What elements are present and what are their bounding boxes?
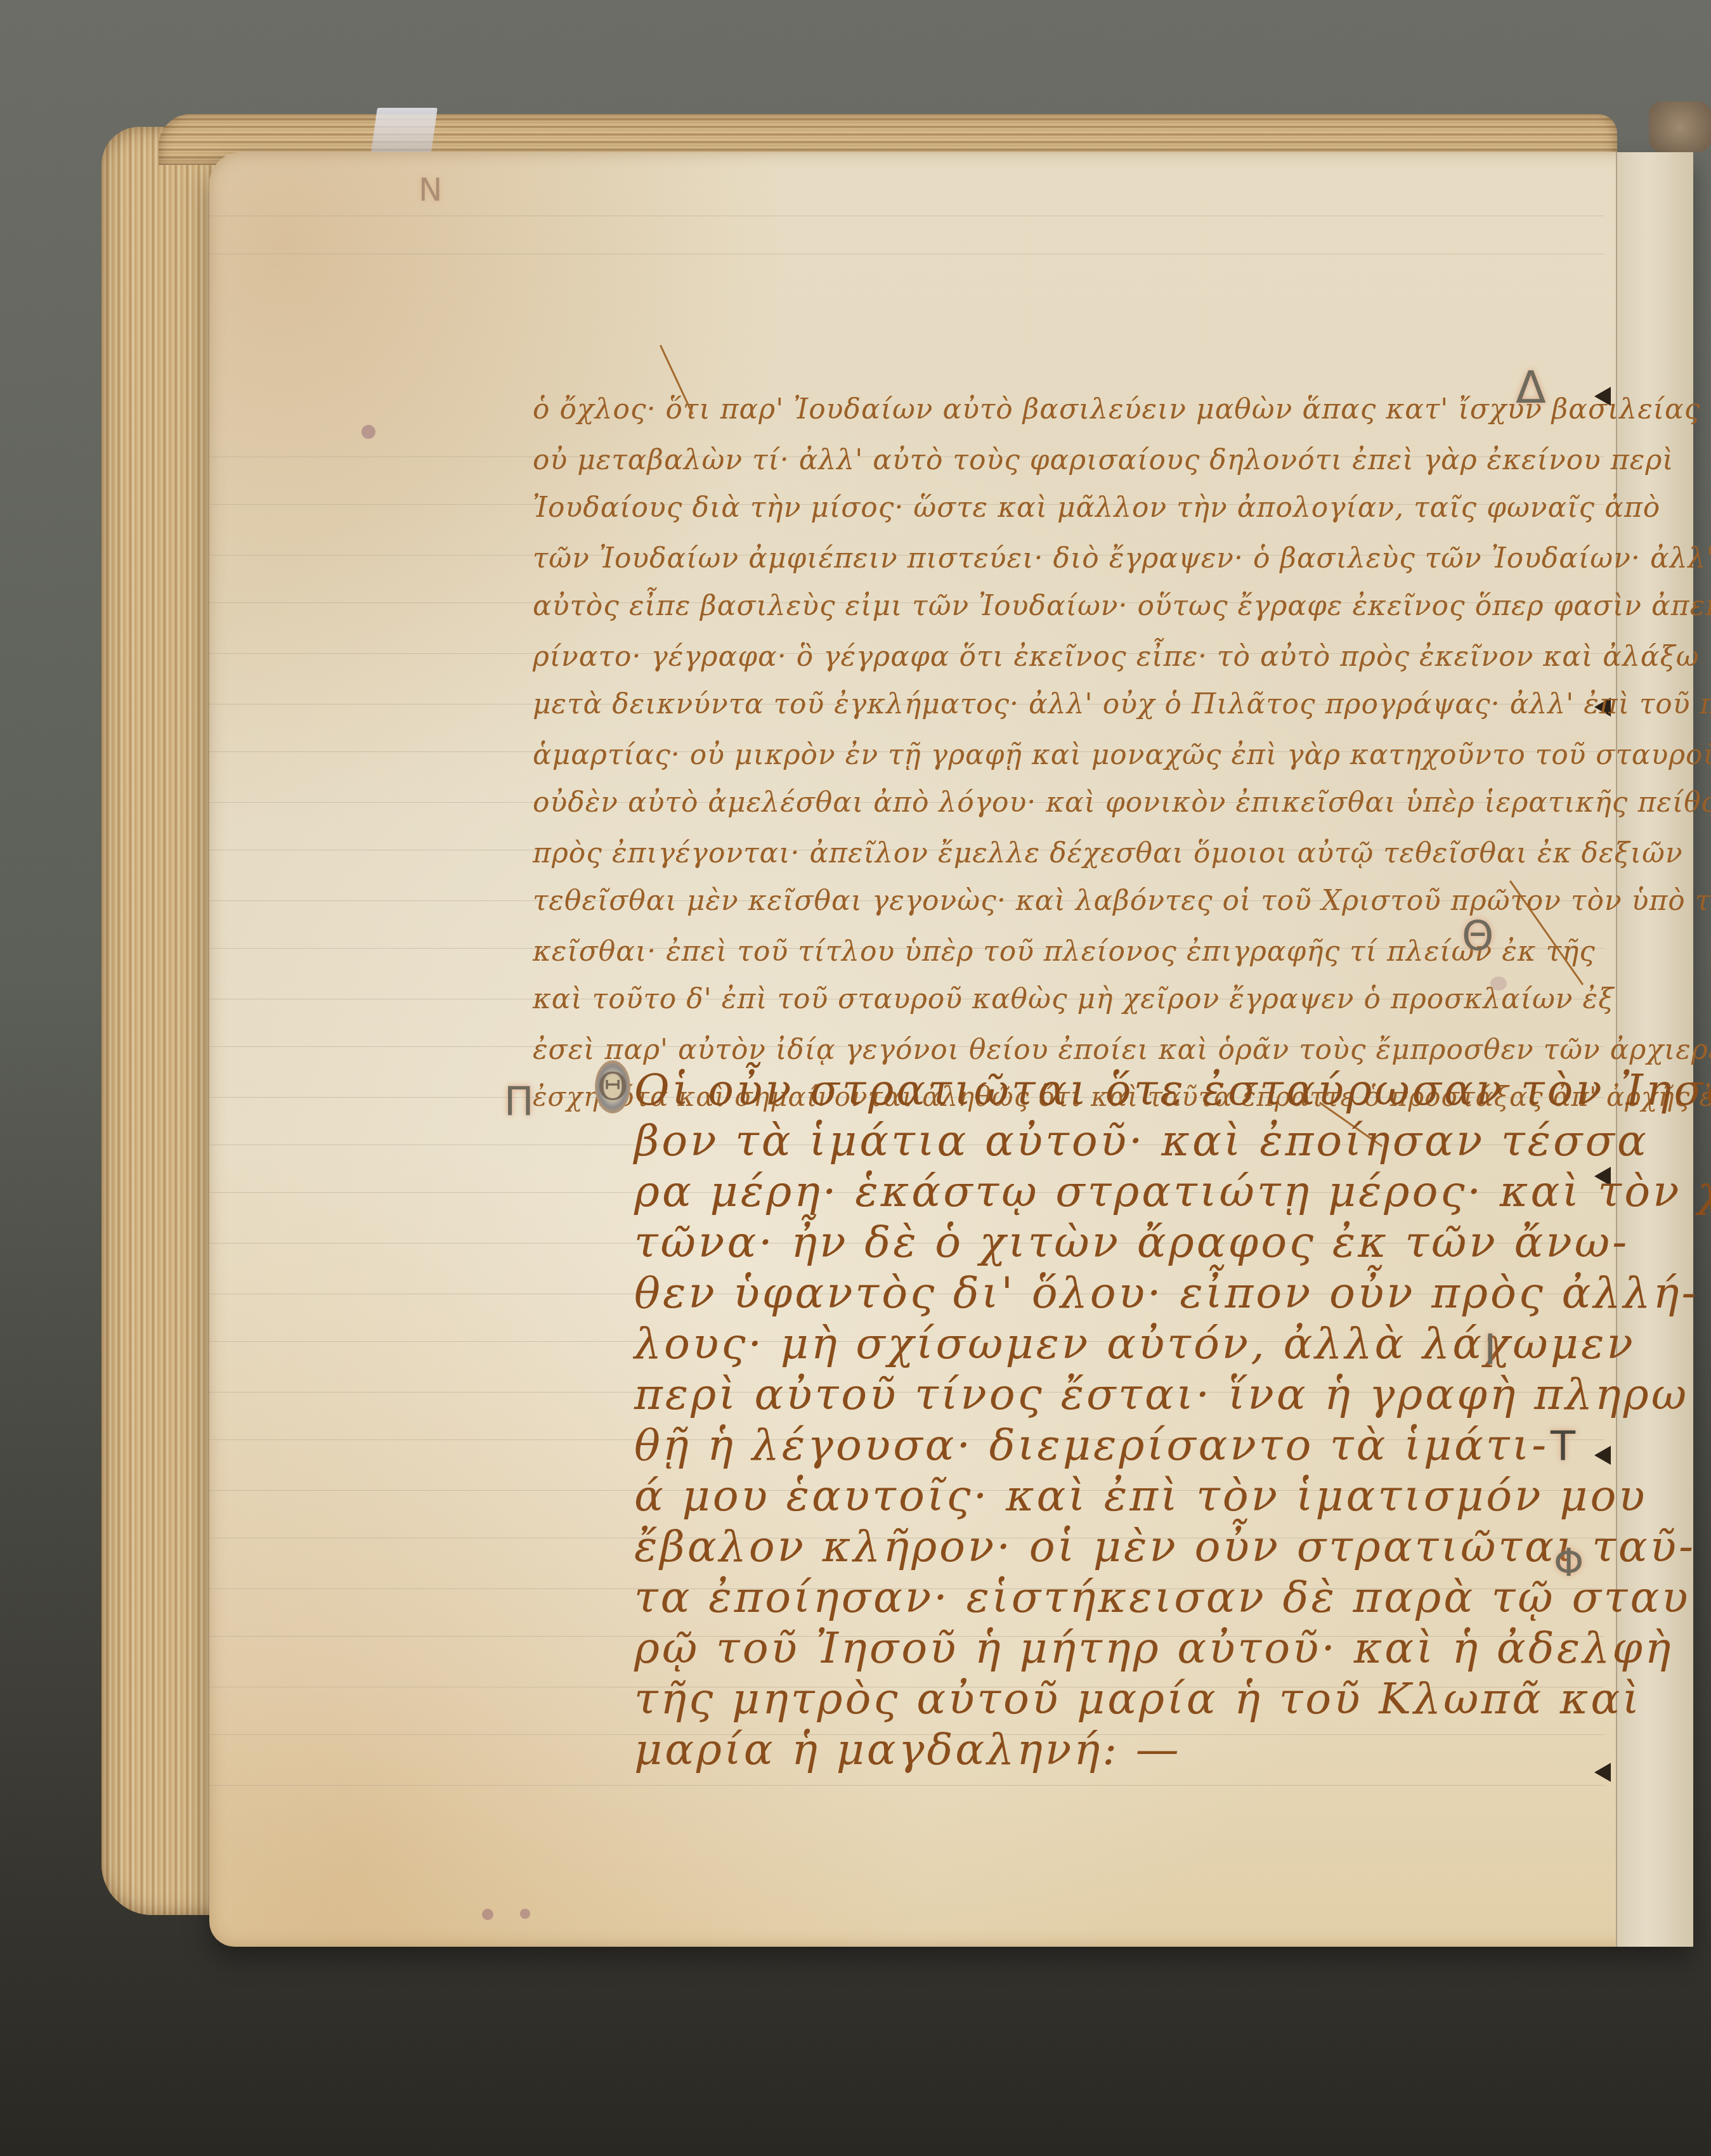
purple-stain bbox=[361, 425, 375, 439]
edge-nick bbox=[1594, 1446, 1611, 1465]
commentary-line: μετὰ δεικνύντα τοῦ ἐγκλήματος· ἀλλ' οὐχ … bbox=[533, 688, 1711, 720]
gospel-line: ἔβαλον κλῆρον· οἱ μὲν οὖν στρατιῶται ταῦ… bbox=[634, 1522, 1696, 1572]
gospel-line: ά μου ἑαυτοῖς· καὶ ἐπὶ τὸν ἱματισμόν μου bbox=[634, 1471, 1648, 1521]
gospel-line: θῇ ἡ λέγουσα· διεμερίσαντο τὰ ἱμάτι- bbox=[634, 1420, 1549, 1471]
margin-iota: Ι bbox=[1484, 1325, 1496, 1374]
transparent-tape bbox=[371, 108, 438, 152]
ruling-line bbox=[209, 1785, 1604, 1786]
ruling-line bbox=[209, 216, 1604, 216]
gospel-line: Οἱ οὖν στρατιῶται ὅτε ἐσταύρωσαν τὸν Ἰησ… bbox=[634, 1065, 1711, 1115]
commentary-line: κεῖσθαι· ἐπεὶ τοῦ τίτλου ὑπὲρ τοῦ πλείον… bbox=[533, 935, 1596, 968]
edge-nick bbox=[1594, 1763, 1611, 1782]
gospel-line: ρῷ τοῦ Ἰησοῦ ἡ μήτηρ αὐτοῦ· καὶ ἡ ἀδελφὴ bbox=[634, 1623, 1674, 1673]
commentary-line: τεθεῖσθαι μὲν κεῖσθαι γεγονὼς· καὶ λαβόν… bbox=[533, 885, 1711, 917]
gospel-line: βον τὰ ἱμάτια αὐτοῦ· καὶ ἐποίησαν τέσσα bbox=[634, 1116, 1649, 1166]
binding-cord bbox=[1649, 101, 1711, 152]
commentary-line: πρὸς ἐπιγέγονται· ἀπεῖλον ἔμελλε δέχεσθα… bbox=[533, 837, 1683, 869]
gospel-line-final: μαρία ἡ μαγδαληνή: — bbox=[634, 1725, 1181, 1775]
purple-stain bbox=[520, 1909, 530, 1919]
margin-theta: Θ bbox=[1462, 913, 1493, 960]
commentary-line: οὐδὲν αὐτὸ ἀμελέσθαι ἀπὸ λόγου· καὶ φονι… bbox=[533, 786, 1711, 819]
gospel-line: τῆς μητρὸς αὐτοῦ μαρία ἡ τοῦ Κλωπᾶ καὶ bbox=[634, 1674, 1642, 1724]
margin-tau: Τ bbox=[1551, 1424, 1575, 1471]
commentary-line: Ἰουδαίους διὰ τὴν μίσος· ὥστε καὶ μᾶλλον… bbox=[533, 491, 1660, 524]
commentary-line: καὶ τοῦτο δ' ἐπὶ τοῦ σταυροῦ καθὼς μὴ χε… bbox=[533, 983, 1614, 1015]
purple-stain bbox=[482, 1909, 493, 1920]
gospel-line: τῶνα· ἦν δὲ ὁ χιτὼν ἄραφος ἐκ τῶν ἄνω- bbox=[634, 1218, 1629, 1268]
gospel-line: ρα μέρη· ἑκάστῳ στρατιώτῃ μέρος· καὶ τὸν… bbox=[634, 1167, 1711, 1217]
commentary-line: αὐτὸς εἶπε βασιλεὺς εἰμι τῶν Ἰουδαίων· ο… bbox=[533, 590, 1711, 622]
gospel-line: τα ἐποίησαν· εἱστήκεισαν δὲ παρὰ τῷ σταυ bbox=[634, 1573, 1691, 1623]
margin-pi: Π bbox=[504, 1078, 534, 1124]
margin-delta: Δ bbox=[1516, 361, 1546, 413]
commentary-line: τῶν Ἰουδαίων ἀμφιέπειν πιστεύει· διὸ ἔγρ… bbox=[533, 542, 1711, 575]
margin-phi: Φ bbox=[1554, 1541, 1584, 1585]
commentary-line: οὐ μεταβαλὼν τί· ἀλλ' αὐτὸ τοὺς φαρισαίο… bbox=[533, 444, 1674, 476]
ruling-line bbox=[209, 254, 1604, 254]
corner-mark: Ν bbox=[419, 171, 442, 208]
commentary-line: ἐσεὶ παρ' αὐτὸν ἰδίᾳ γεγόνοι θείου ἐποίε… bbox=[533, 1034, 1711, 1066]
illuminated-initial: Θ bbox=[595, 1060, 630, 1114]
commentary-line: ρίνατο· γέγραφα· ὃ γέγραφα ὅτι ἐκεῖνος ε… bbox=[533, 640, 1700, 673]
gospel-line: θεν ὑφαντὸς δι' ὅλου· εἶπον οὖν πρὸς ἀλλ… bbox=[634, 1268, 1698, 1318]
commentary-line: ἁμαρτίας· οὐ μικρὸν ἐν τῇ γραφῇ καὶ μονα… bbox=[533, 739, 1711, 771]
gospel-line: περὶ αὐτοῦ τίνος ἔσται· ἵνα ἡ γραφὴ πληρ… bbox=[634, 1370, 1689, 1420]
